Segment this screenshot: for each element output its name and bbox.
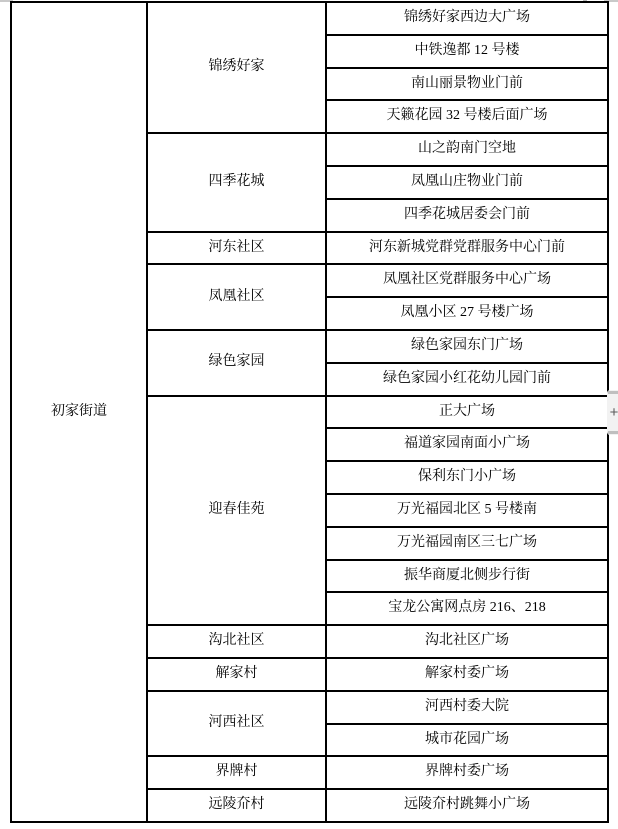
- location-cell: 河东新城党群党群服务中心门前: [326, 232, 608, 265]
- location-cell: 振华商厦北侧步行街: [326, 560, 608, 593]
- location-cell: 南山丽景物业门前: [326, 68, 608, 101]
- community-name-cell: 远陵夼村: [147, 789, 326, 822]
- location-cell: 解家村委广场: [326, 658, 608, 691]
- side-scroll-widget[interactable]: +: [607, 390, 618, 435]
- community-name-cell: 凤凰社区: [147, 264, 326, 330]
- location-cell: 锦绣好家西边大广场: [326, 2, 608, 35]
- location-cell: 正大广场: [326, 396, 608, 429]
- community-name-cell: 界牌村: [147, 756, 326, 789]
- community-name-cell: 四季花城: [147, 133, 326, 231]
- location-cell: 城市花园广场: [326, 724, 608, 757]
- location-cell: 凤凰山庄物业门前: [326, 166, 608, 199]
- community-name-cell: 绿色家园: [147, 330, 326, 396]
- location-cell: 远陵夼村跳舞小广场: [326, 789, 608, 822]
- location-cell: 福道家园南面小广场: [326, 428, 608, 461]
- community-name-cell: 锦绣好家: [147, 2, 326, 133]
- community-name-cell: 迎春佳苑: [147, 396, 326, 626]
- location-cell: 宝龙公寓网点房 216、218: [326, 592, 608, 625]
- location-cell: 绿色家园小红花幼儿园门前: [326, 363, 608, 396]
- schedule-table-body: 初家街道锦绣好家锦绣好家西边大广场中铁逸都 12 号楼南山丽景物业门前天籁花园 …: [11, 2, 608, 822]
- location-cell: 中铁逸都 12 号楼: [326, 35, 608, 68]
- location-cell: 四季花城居委会门前: [326, 199, 608, 232]
- location-cell: 万光福园北区 5 号楼南: [326, 494, 608, 527]
- table-row: 初家街道锦绣好家锦绣好家西边大广场: [11, 2, 608, 35]
- location-cell: 凤凰社区党群服务中心广场: [326, 264, 608, 297]
- community-name-cell: 河东社区: [147, 232, 326, 265]
- location-cell: 山之韵南门空地: [326, 133, 608, 166]
- community-name-cell: 河西社区: [147, 691, 326, 757]
- location-cell: 沟北社区广场: [326, 625, 608, 658]
- location-cell: 河西村委大院: [326, 691, 608, 724]
- widget-bottom-bar[interactable]: [608, 431, 618, 434]
- location-cell: 万光福园南区三七广场: [326, 527, 608, 560]
- plus-icon[interactable]: +: [607, 395, 618, 430]
- community-name-cell: 解家村: [147, 658, 326, 691]
- location-cell: 天籁花园 32 号楼后面广场: [326, 100, 608, 133]
- street-locations-table: 初家街道锦绣好家锦绣好家西边大广场中铁逸都 12 号楼南山丽景物业门前天籁花园 …: [10, 1, 609, 823]
- widget-top-bar[interactable]: [608, 391, 618, 394]
- street-name-cell: 初家街道: [11, 2, 147, 822]
- location-cell: 界牌村委广场: [326, 756, 608, 789]
- location-cell: 绿色家园东门广场: [326, 330, 608, 363]
- document-page: 初家街道锦绣好家锦绣好家西边大广场中铁逸都 12 号楼南山丽景物业门前天籁花园 …: [0, 0, 618, 829]
- community-name-cell: 沟北社区: [147, 625, 326, 658]
- location-cell: 凤凰小区 27 号楼广场: [326, 297, 608, 330]
- location-cell: 保利东门小广场: [326, 461, 608, 494]
